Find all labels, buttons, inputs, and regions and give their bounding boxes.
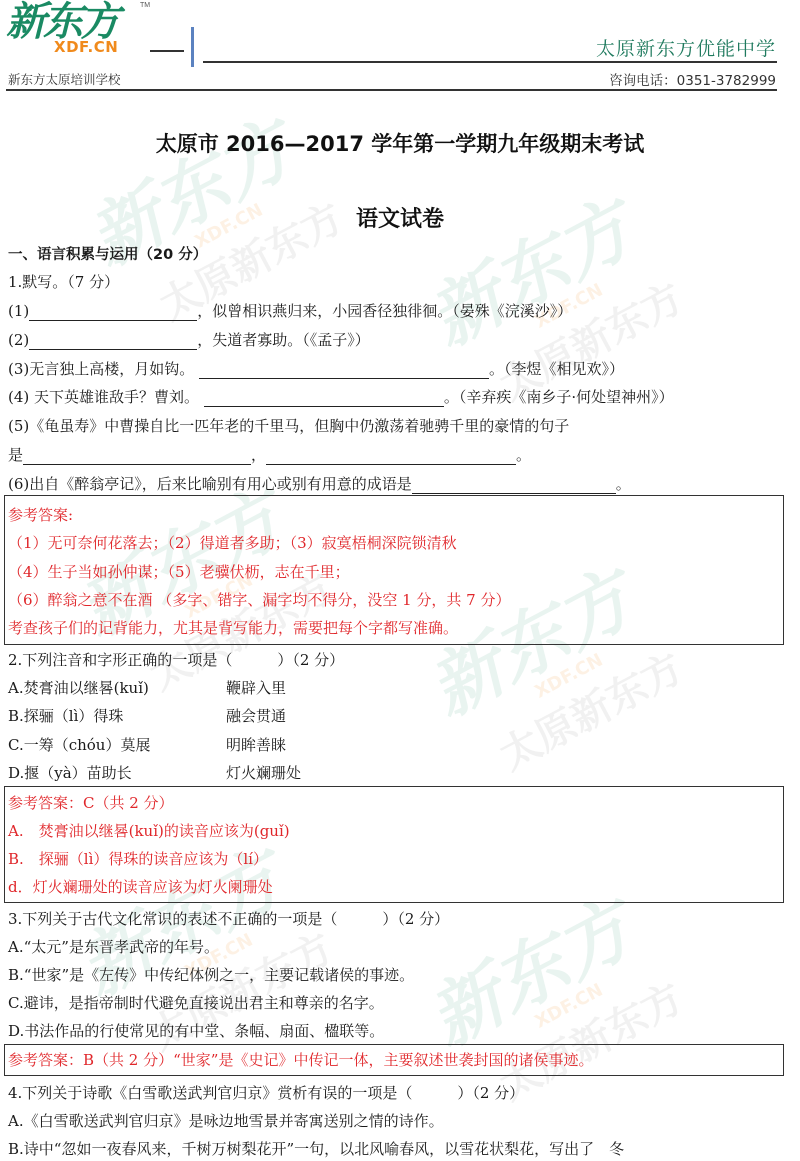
item-prefix: (5)《龟虽寿》中曹操自比一匹年老的千里马，但胸中仍激荡着驰骋千里的豪情的句子: [8, 417, 569, 435]
answer-blank: [412, 477, 616, 494]
watermark-text: 太原新东方: [488, 637, 691, 781]
q1-item-3: (3)无言独上高楼，月如钩。 。（李煜《相见欢》）: [8, 359, 624, 379]
page-subtitle: 语文试卷: [0, 202, 800, 233]
header-rule-bottom: [6, 89, 777, 91]
item-prefix: (4) 天下英雄谁敌手？曹刘。: [8, 388, 199, 406]
answer-line: 参考答案：C（共 2 分）: [8, 793, 174, 813]
answer-blank: [266, 448, 516, 465]
section-heading: 一、语言积累与运用（20 分）: [8, 245, 207, 265]
q4-option-a: A.《白雪歌送武判官归京》是咏边地雪景并寄寓送别之情的诗作。: [8, 1111, 444, 1131]
option-text: B.探骊（lì）得珠: [8, 706, 226, 726]
answer-line: 考查孩子们的记背能力，尤其是背写能力，需要把每个字都写准确。: [8, 618, 458, 638]
option-text: D.揠（yà）苗助长: [8, 763, 226, 783]
q2-option-a: A.焚膏油以继晷(kuǐ)鞭辟入里: [8, 678, 286, 698]
item-prefix: (2): [8, 331, 29, 349]
item-prefix: 是: [8, 446, 23, 464]
answer-line: （1）无可奈何花落去；（2）得道者多助；（3）寂寞梧桐深院锁清秋: [8, 533, 457, 553]
logo-en-text: XDF.CN: [54, 40, 118, 55]
watermark-logo-en: XDF.CN: [532, 948, 665, 1032]
answer-blank: [23, 448, 251, 465]
answer-blank: [29, 333, 197, 350]
q1-item-5: (5)《龟虽寿》中曹操自比一匹年老的千里马，但胸中仍激荡着驰骋千里的豪情的句子: [8, 416, 569, 436]
question-3-stem: 3.下列关于古代文化常识的表述不正确的一项是（ ）（2 分）: [8, 909, 449, 929]
answer-line: （6）醉翁之意不在酒 （多字、错字、漏字均不得分，没空 1 分，共 7 分）: [8, 590, 510, 610]
q2-option-b: B.探骊（lì）得珠融会贯通: [8, 706, 286, 726]
q4-option-b: B.诗中“忽如一夜春风来，千树万树梨花开”一句，以北风喻春风，以雪花状梨花，写出…: [8, 1139, 624, 1159]
item-prefix: (1): [8, 302, 29, 320]
item-suffix: 。（李煜《相见欢》）: [489, 360, 624, 378]
logo-cn-text: 新东方: [6, 2, 117, 42]
option-text: A.焚膏油以继晷(kuǐ): [8, 678, 226, 698]
answer-line: B. 探骊（lì）得珠的读音应该为（lí）: [8, 849, 268, 869]
q1-item-4: (4) 天下英雄谁敌手？曹刘。 。（辛弃疾《南乡子·何处望神州》）: [8, 387, 674, 407]
q3-option-a: A.“太元”是东晋孝武帝的年号。: [8, 937, 219, 957]
option-text: 融会贯通: [226, 707, 286, 725]
item-suffix: 。: [516, 446, 531, 464]
logo-trademark: TM: [140, 2, 150, 9]
answer-blank: [204, 390, 444, 407]
q2-option-d: D.揠（yà）苗助长灯火斓珊处: [8, 763, 301, 783]
answer-line: 参考答案：B（共 2 分）“世家”是《史记》中传记一体，主要叙述世袭封国的诸侯事…: [8, 1050, 593, 1070]
header-rule-top: [203, 61, 777, 63]
answer-blank: [199, 362, 489, 379]
option-text: 灯火斓珊处: [226, 764, 301, 782]
option-text: C.一筹（chóu）莫展: [8, 735, 226, 755]
watermark-logo: 新东方: [418, 885, 655, 1057]
item-suffix: ，失道者寡助。（《孟子》）: [197, 331, 370, 349]
answer-line: d．灯火斓珊处的读音应该为灯火阑珊处: [8, 877, 273, 897]
question-1-stem: 1.默写。（7 分）: [8, 272, 119, 292]
question-2-stem: 2.下列注音和字形正确的一项是（ ）（2 分）: [8, 650, 344, 670]
header-vertical-bar: [191, 27, 194, 67]
q1-item-1: (1)，似曾相识燕归来，小园香径独徘徊。（晏殊《浣溪沙》）: [8, 301, 572, 321]
item-middle: ，: [251, 446, 266, 464]
q1-item-6: (6)出自《醉翁亭记》，后来比喻别有用心或别有用意的成语是。: [8, 474, 631, 494]
q2-option-c: C.一筹（chóu）莫展明眸善睐: [8, 735, 286, 755]
item-prefix: (6)出自《醉翁亭记》，后来比喻别有用心或别有用意的成语是: [8, 475, 412, 493]
item-suffix: 。: [616, 475, 631, 493]
item-prefix: (3)无言独上高楼，月如钩。: [8, 360, 194, 378]
answer-label: 参考答案:: [8, 505, 73, 525]
answer-line: （4）生子当如孙仲谋；（5）老骥伏枥，志在千里；: [8, 562, 350, 582]
answer-line: A. 焚膏油以继晷(kuǐ)的读音应该为(guǐ): [8, 821, 290, 841]
q3-option-d: D.书法作品的行使常见的有中堂、条幅、扇面、楹联等。: [8, 1021, 384, 1041]
option-text: 鞭辟入里: [226, 679, 286, 697]
q3-option-c: C.避讳，是指帝制时代避免直接说出君主和尊亲的名字。: [8, 993, 384, 1013]
answer-blank: [29, 304, 197, 321]
question-4-stem: 4.下列关于诗歌《白雪歌送武判官归京》赏析有误的一项是（ ）（2 分）: [8, 1083, 524, 1103]
xdf-logo: 新东方 XDF.CN TM: [6, 2, 146, 56]
header-dash: [150, 50, 184, 52]
brand-name: 太原新东方优能中学: [596, 34, 776, 61]
option-text: 明眸善睐: [226, 736, 286, 754]
phone-number: 咨询电话：0351-3782999: [609, 69, 776, 89]
page-title: 太原市 2016—2017 学年第一学期九年级期末考试: [0, 128, 800, 158]
q1-item-5-cont: 是，。: [8, 445, 531, 465]
q3-option-b: B.“世家”是《左传》中传纪体例之一，主要记载诸侯的事迹。: [8, 965, 414, 985]
school-name: 新东方太原培训学校: [8, 70, 121, 88]
item-suffix: ，似曾相识燕归来，小园香径独徘徊。（晏殊《浣溪沙》）: [197, 302, 572, 320]
q1-item-2: (2)，失道者寡助。（《孟子》）: [8, 330, 370, 350]
item-suffix: 。（辛弃疾《南乡子·何处望神州》）: [444, 388, 674, 406]
